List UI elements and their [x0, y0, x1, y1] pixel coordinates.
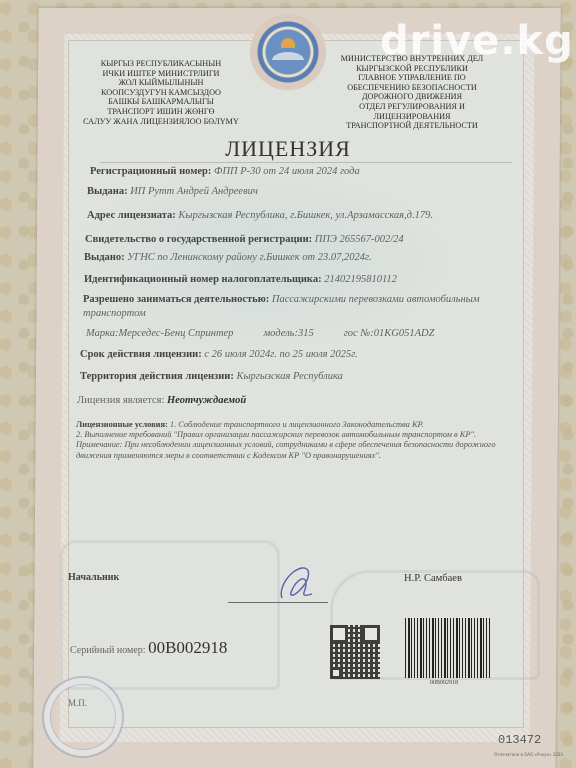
field-value: Пассажирскими перевозками автомобильным [272, 294, 480, 305]
header-line: Ички иштер министрлиги [66, 69, 256, 79]
vehicle-model: модель:315 [263, 328, 313, 339]
signatory-position: Начальник [68, 572, 119, 583]
header-line: транспорт ишин жөнгө [66, 107, 256, 117]
field-value: с 26 июля 2024г. по 25 июля 2025г. [204, 349, 357, 360]
conditions-label: Лицензионные условия: [76, 420, 168, 429]
bus-watermark [60, 540, 280, 690]
emblem-sun [281, 38, 295, 48]
header-line: отдел регулирования и [322, 102, 502, 112]
header-line: коопсуздугун камсыздоо [66, 88, 256, 98]
header-line: Жол кыймылынын [66, 78, 256, 88]
header-line: Кыргызской Республики [322, 64, 502, 74]
seal-stamp [42, 676, 124, 758]
field-activity-cont: транспортом [83, 308, 146, 319]
header-line: Министерство внутренних дел [322, 54, 502, 64]
field-state-registration: Свидетельство о государственной регистра… [85, 234, 404, 245]
header-russian: Министерство внутренних дел Кыргызской Р… [322, 54, 502, 131]
field-label: Территория действия лицензии: [80, 371, 234, 382]
document-title: ЛИЦЕНЗИЯ [0, 136, 576, 162]
field-value: ИП Рутт Андрей Андреевич [130, 186, 258, 197]
field-value: Кыргызская Республика [236, 371, 342, 382]
field-label: Выдана: [87, 186, 128, 197]
conditions-note: Примечание: При несоблюдении лицензионны… [76, 440, 526, 460]
field-issued-by: Выдано: УГНС по Ленинскому району г.Бишк… [84, 252, 372, 263]
printer-note: Отпечатано в ОАО «Учкун» 2023 [494, 752, 563, 757]
stamp-label: М.П. [68, 698, 87, 708]
serial-number: Серийный номер: 00B002918 [70, 638, 227, 658]
vehicle-plate: гос №:01KG051ADZ [344, 328, 435, 339]
condition-item: 1. Соблюдение транспортного и лицензионн… [170, 420, 424, 429]
field-registration: Регистрационный номер: ФПП Р-30 от 24 ию… [90, 166, 360, 177]
title-divider [100, 162, 512, 163]
field-value: ФПП Р-30 от 24 июля 2024 года [214, 166, 360, 177]
field-value: ППЭ 265567-002/24 [315, 234, 404, 245]
field-value: 21402195810112 [324, 274, 397, 285]
qr-code [330, 625, 380, 679]
field-transferability: Лицензия является: Неотчуждаемой [77, 395, 246, 406]
emblem-falcon [272, 52, 304, 68]
field-tax-id: Идентификационный номер налогоплательщик… [84, 274, 397, 285]
field-issued-to: Выдана: ИП Рутт Андрей Андреевич [87, 186, 258, 197]
header-line: дорожного движения [322, 92, 502, 102]
serial-value: 00B002918 [148, 638, 227, 657]
field-activity: Разрешено заниматься деятельностью: Пасс… [83, 294, 480, 305]
serial-label: Серийный номер: [70, 645, 146, 656]
condition-item: 2. Выполнение требований "Правил организ… [76, 430, 526, 440]
field-address: Адрес лицензиата: Кыргызская Республика,… [87, 210, 433, 221]
state-emblem-icon [250, 14, 326, 90]
signature-icon [276, 564, 316, 604]
field-label: Свидетельство о государственной регистра… [85, 234, 312, 245]
field-validity: Срок действия лицензии: с 26 июля 2024г.… [80, 349, 358, 360]
field-value: Неотчуждаемой [167, 395, 246, 406]
field-value: УГНС по Ленинскому району г.Бишкек от 23… [127, 252, 371, 263]
barcode-number: 00B002918 [430, 680, 458, 686]
field-label: Разрешено заниматься деятельностью: [83, 294, 269, 305]
field-value: транспортом [83, 308, 146, 319]
header-line: лицензирования [322, 112, 502, 122]
license-conditions: Лицензионные условия: 1. Соблюдение тран… [76, 420, 526, 461]
header-line: обеспечению безопасности [322, 83, 502, 93]
signature-line [228, 602, 328, 603]
header-line: башкы башкармалыгы [66, 97, 256, 107]
field-label: Лицензия является: [77, 395, 164, 406]
signatory-name: Н.Р. Самбаев [404, 573, 462, 584]
field-territory: Территория действия лицензии: Кыргызская… [80, 371, 343, 382]
field-label: Адрес лицензиата: [87, 210, 176, 221]
vehicle-make: Марка:Мерседес-Бенц Спринтер [86, 328, 233, 339]
field-vehicle: Марка:Мерседес-Бенц Спринтермодель:315го… [86, 328, 434, 339]
header-line: Кыргыз Республикасынын [66, 59, 256, 69]
field-label: Выдано: [84, 252, 125, 263]
form-number: 013472 [498, 733, 541, 747]
field-label: Срок действия лицензии: [80, 349, 202, 360]
header-kyrgyz: Кыргыз Республикасынын Ички иштер минист… [66, 59, 256, 126]
header-line: Главное управление по [322, 73, 502, 83]
header-line: салуу жана лицензиялоо бөлүмү [66, 117, 256, 127]
barcode [405, 618, 491, 678]
field-label: Идентификационный номер налогоплательщик… [84, 274, 322, 285]
header-line: транспортной деятельности [322, 121, 502, 131]
field-value: Кыргызская Республика, г.Бишкек, ул.Арза… [178, 210, 433, 221]
field-label: Регистрационный номер: [90, 166, 211, 177]
